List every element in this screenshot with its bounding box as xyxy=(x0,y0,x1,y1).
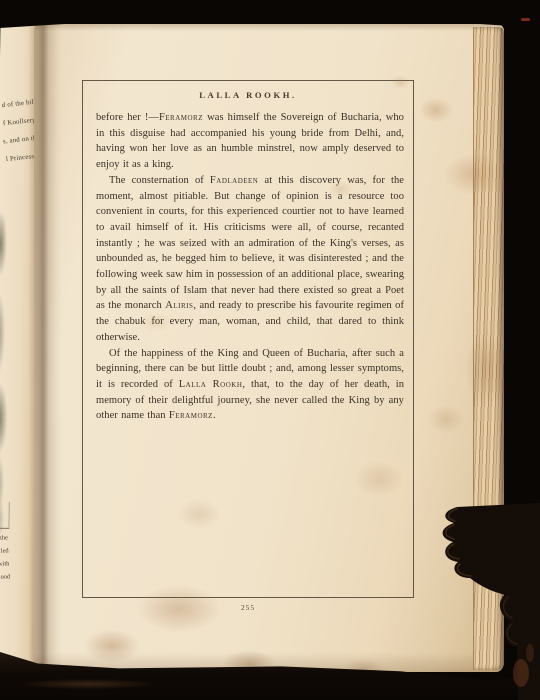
fragment-line: led xyxy=(0,544,9,558)
paragraph: The consternation of Fadladeen at this d… xyxy=(96,173,404,346)
fragment-line: with xyxy=(0,557,10,571)
text-run: at this discovery was, for the moment, a… xyxy=(96,175,404,312)
text-frame-border: LALLA ROOKH. before her !—Feramorz was h… xyxy=(82,80,414,598)
paragraph: before her !—Feramorz was himself the So… xyxy=(96,110,404,173)
fragment-line: ood xyxy=(0,570,10,584)
body-text: before her !—Feramorz was himself the So… xyxy=(96,110,404,424)
left-page-text-fragments-bottom: theledwithood xyxy=(0,531,10,584)
book-photo: d of the hillf Koollserp,s, and on thel … xyxy=(0,0,540,700)
running-header: LALLA ROOKH. xyxy=(83,90,413,100)
left-page-frame-corner xyxy=(0,502,10,529)
text-run: before her !— xyxy=(96,112,159,123)
proper-name: Feramorz xyxy=(159,112,203,123)
fragment-line: the xyxy=(0,531,8,545)
edge-glint xyxy=(521,18,530,21)
page-number: 255 xyxy=(82,603,414,612)
paragraph: Of the happiness of the King and Queen o… xyxy=(96,346,404,425)
proper-name: Lalla Rookh xyxy=(179,379,243,390)
text-run: The consternation of xyxy=(109,175,210,186)
proper-name: Aliris xyxy=(165,300,193,311)
proper-name: Feramorz xyxy=(169,410,213,421)
left-page-illustration xyxy=(0,184,14,534)
proper-name: Fadladeen xyxy=(210,175,258,186)
book-holder-object xyxy=(433,503,540,700)
book-holder-shape xyxy=(433,503,540,700)
text-run: . xyxy=(213,410,216,421)
